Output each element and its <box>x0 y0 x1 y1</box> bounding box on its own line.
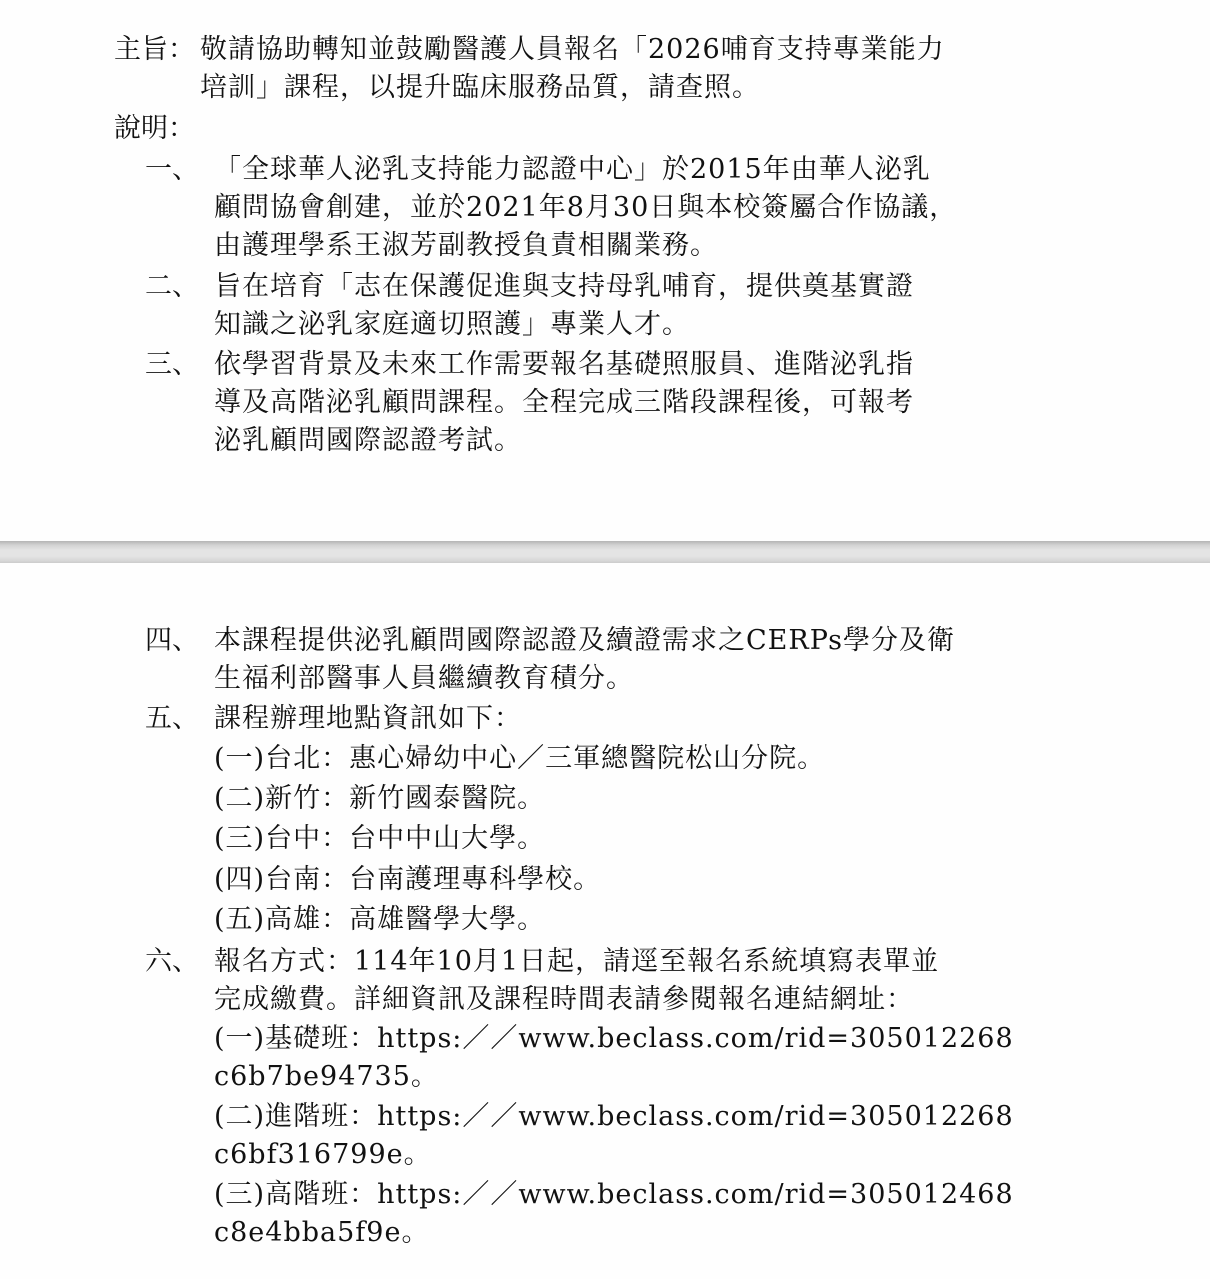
explanation-label: 說明： <box>114 110 195 148</box>
item-3-line-2: 導及高階泌乳顧問課程。全程完成三階段課程後，可報考 <box>214 384 914 422</box>
item-3-line-1: 依學習背景及未來工作需要報名基礎照服員、進階泌乳指 <box>214 346 914 384</box>
page-break-divider <box>0 541 1210 563</box>
item-6-line-2: 完成繳費。詳細資訊及課程時間表請參閱報名連結網址： <box>214 981 914 1019</box>
document-page-2: 四、 本課程提供泌乳顧問國際認證及續證需求之CERPs學分及衛 生福利部醫事人員… <box>0 563 1210 1279</box>
location-hsinchu: (二)新竹：新竹國泰醫院。 <box>214 780 545 818</box>
link-intermediate-label: (二)進階班： <box>214 1101 377 1132</box>
location-tainan: (四)台南：台南護理專科學校。 <box>214 861 601 899</box>
item-2-marker: 二、 <box>145 268 199 306</box>
item-1-line-1: 「全球華人泌乳支持能力認證中心」於2015年由華人泌乳 <box>214 151 931 189</box>
link-advanced-url[interactable]: https:／／www.beclass.com/rid=305012468 <box>377 1179 1014 1210</box>
item-4-marker: 四、 <box>145 622 199 660</box>
item-4-line-1: 本課程提供泌乳顧問國際認證及續證需求之CERPs學分及衛 <box>214 622 955 660</box>
link-basic-url-cont[interactable]: c6b7be94735。 <box>214 1058 439 1096</box>
link-intermediate-url-cont[interactable]: c6bf316799e。 <box>214 1136 432 1174</box>
location-taipei: (一)台北：惠心婦幼中心／三軍總醫院松山分院。 <box>214 740 825 778</box>
document-page-1: 主旨： 敬請協助轉知並鼓勵醫護人員報名「2026哺育支持專業能力 培訓」課程，以… <box>0 0 1210 541</box>
item-5-line-1: 課程辦理地點資訊如下： <box>214 700 522 738</box>
link-basic-label: (一)基礎班： <box>214 1023 377 1054</box>
link-basic[interactable]: (一)基礎班：https:／／www.beclass.com/rid=30501… <box>214 1020 1014 1058</box>
link-advanced[interactable]: (三)高階班：https:／／www.beclass.com/rid=30501… <box>214 1176 1014 1214</box>
item-1-line-3: 由護理學系王淑芳副教授負責相關業務。 <box>214 227 718 265</box>
subject-line-1: 敬請協助轉知並鼓勵醫護人員報名「2026哺育支持專業能力 <box>200 31 945 69</box>
item-3-line-3: 泌乳顧問國際認證考試。 <box>214 422 522 460</box>
link-intermediate[interactable]: (二)進階班：https:／／www.beclass.com/rid=30501… <box>214 1098 1014 1136</box>
subject-label: 主旨： <box>114 31 195 69</box>
location-kaohsiung: (五)高雄：高雄醫學大學。 <box>214 901 545 939</box>
link-basic-url[interactable]: https:／／www.beclass.com/rid=305012268 <box>377 1023 1014 1054</box>
item-5-marker: 五、 <box>145 700 199 738</box>
subject-line-2: 培訓」課程，以提升臨床服務品質，請查照。 <box>200 69 760 107</box>
item-3-marker: 三、 <box>145 346 199 384</box>
item-6-line-1: 報名方式：114年10月1日起，請逕至報名系統填寫表單並 <box>214 943 939 981</box>
item-2-line-1: 旨在培育「志在保護促進與支持母乳哺育，提供奠基實證 <box>214 268 914 306</box>
item-1-line-2: 顧問協會創建，並於2021年8月30日與本校簽屬合作協議， <box>214 189 957 227</box>
item-1-marker: 一、 <box>145 151 199 189</box>
item-6-marker: 六、 <box>145 943 199 981</box>
location-taichung: (三)台中：台中中山大學。 <box>214 820 545 858</box>
link-intermediate-url[interactable]: https:／／www.beclass.com/rid=305012268 <box>377 1101 1014 1132</box>
item-2-line-2: 知識之泌乳家庭適切照護」專業人才。 <box>214 306 690 344</box>
item-4-line-2: 生福利部醫事人員繼續教育積分。 <box>214 660 634 698</box>
link-advanced-label: (三)高階班： <box>214 1179 377 1210</box>
link-advanced-url-cont[interactable]: c8e4bba5f9e。 <box>214 1214 429 1252</box>
